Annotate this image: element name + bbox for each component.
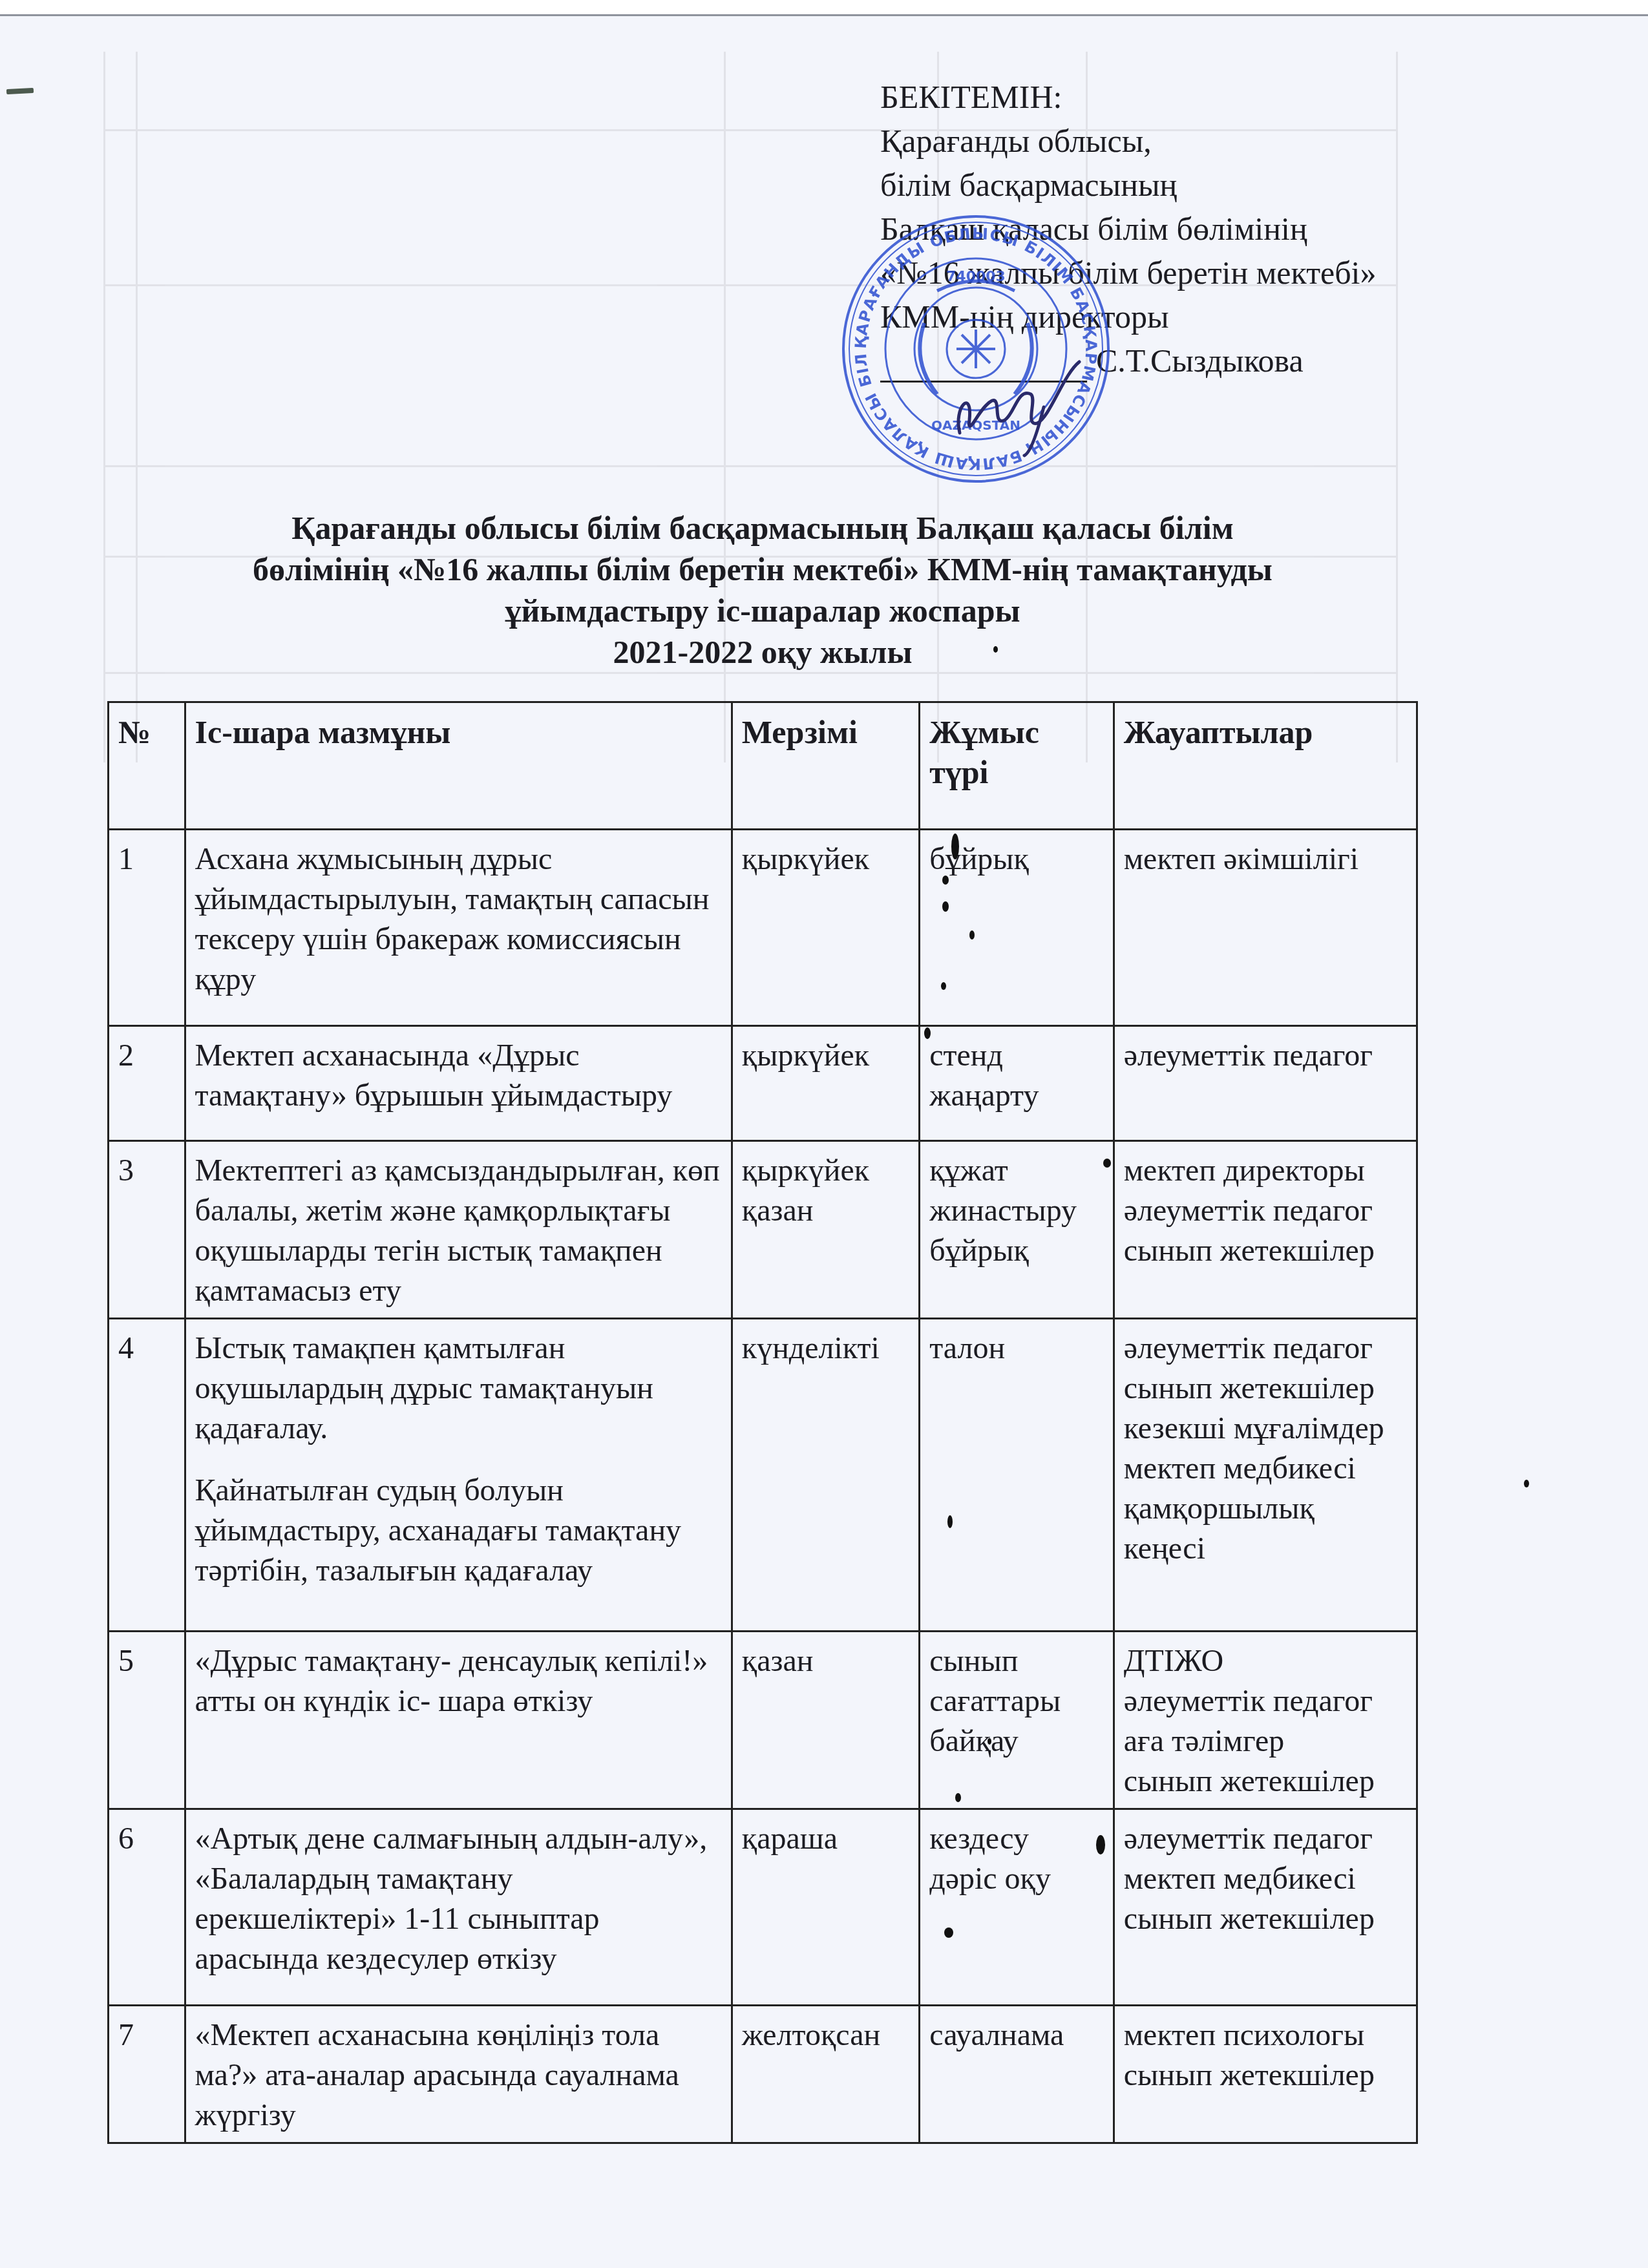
cell-content: «Дұрыс тамақтану- денсаулық кепілі!» атт… — [185, 1632, 732, 1809]
cell-content: «Артық дене салмағының алдын-алу», «Бала… — [185, 1809, 732, 2006]
cell-content-line: Мектеп асханасында «Дұрыс тамақтану» бұр… — [195, 1036, 722, 1116]
ink-speck — [1524, 1480, 1529, 1487]
cell-term: қыркүйекқазан — [732, 1141, 919, 1319]
cell-number: 4 — [109, 1319, 185, 1632]
cell-content-line: Мектептегі аз қамсыздандырылған, көп бал… — [195, 1151, 722, 1311]
cell-responsible: әлеуметтік педагогмектеп медбикесісынып … — [1114, 1809, 1417, 2006]
cell-term-line: қазан — [742, 1641, 909, 1681]
header-work-type: Жұмыс түрі — [920, 702, 1114, 830]
cell-responsible-line: сынып жетекшілер — [1124, 1231, 1407, 1271]
cell-number: 6 — [109, 1809, 185, 2006]
table-row: 3Мектептегі аз қамсыздандырылған, көп ба… — [109, 1141, 1417, 1319]
cell-term: күнделікті — [732, 1319, 919, 1632]
cell-responsible-line: әлеуметтік педагог — [1124, 1681, 1407, 1721]
cell-content: Ыстық тамақпен қамтылған оқушылардың дұр… — [185, 1319, 732, 1632]
header-content: Іс-шара мазмұны — [185, 702, 732, 830]
title-line-year: 2021-2022 оқу жылы — [103, 631, 1422, 673]
signature-icon — [940, 349, 1095, 459]
cell-number: 7 — [109, 2006, 185, 2143]
cell-responsible-line: әлеуметтік педагог — [1124, 1328, 1407, 1369]
cell-content-line: «Дұрыс тамақтану- денсаулық кепілі!» атт… — [195, 1641, 722, 1721]
cell-number: 3 — [109, 1141, 185, 1319]
header-responsible: Жауаптылар — [1114, 702, 1417, 830]
cell-work-type: кездесудәріс оқу — [920, 1809, 1114, 2006]
cell-term-line: қараша — [742, 1819, 909, 1859]
cell-content-line: «Мектеп асханасына көңіліңіз тола ма?» а… — [195, 2015, 722, 2136]
cell-term-line: күнделікті — [742, 1328, 909, 1369]
approval-heading: БЕКІТЕМІН: — [880, 75, 1377, 119]
cell-work-type-line: құжат — [929, 1151, 1103, 1191]
cell-responsible: әлеуметтік педагог — [1114, 1026, 1417, 1141]
cell-responsible-line: кеңесі — [1124, 1529, 1407, 1569]
cell-work-type-line: бұйрық — [929, 1231, 1103, 1271]
table-row: 4Ыстық тамақпен қамтылған оқушылардың дұ… — [109, 1319, 1417, 1632]
table-row: 1Асхана жұмысының дұрыс ұйымдастырылуын,… — [109, 830, 1417, 1026]
cell-number: 5 — [109, 1632, 185, 1809]
cell-responsible: әлеуметтік педагогсынып жетекшілеркезекш… — [1114, 1319, 1417, 1632]
cell-term: қазан — [732, 1632, 919, 1809]
cell-responsible-line: сынып жетекшілер — [1124, 1899, 1407, 1939]
cell-responsible-line: кезекші мұғалімдер — [1124, 1409, 1407, 1449]
cell-responsible-line: мектеп медбикесі — [1124, 1449, 1407, 1489]
table-row: 7«Мектеп асханасына көңіліңіз тола ма?» … — [109, 2006, 1417, 2143]
cell-content: Мектеп асханасында «Дұрыс тамақтану» бұр… — [185, 1026, 732, 1141]
header-term: Мерзімі — [732, 702, 919, 830]
cell-responsible-line: мектеп әкімшілігі — [1124, 839, 1407, 879]
cell-work-type-line: байқау — [929, 1721, 1103, 1761]
cell-content-line: Ыстық тамақпен қамтылған оқушылардың дұр… — [195, 1328, 722, 1449]
cell-responsible-line: ДТІЖО — [1124, 1641, 1407, 1681]
ink-speck — [993, 646, 998, 653]
table-row: 2Мектеп асханасында «Дұрыс тамақтану» бұ… — [109, 1026, 1417, 1141]
cell-work-type: сауалнама — [920, 2006, 1114, 2143]
ink-speck — [1096, 1835, 1105, 1854]
cell-term-line: қазан — [742, 1191, 909, 1231]
cell-number: 1 — [109, 830, 185, 1026]
cell-responsible: мектеп директорыәлеуметтік педагогсынып … — [1114, 1141, 1417, 1319]
title-line: бөлімінің «№16 жалпы білім беретін мекте… — [103, 549, 1422, 590]
scan-top-edge — [0, 0, 1648, 16]
cell-responsible-line: мектеп психологы — [1124, 2015, 1407, 2055]
cell-term-line: қыркүйек — [742, 1036, 909, 1076]
cell-term: қараша — [732, 1809, 919, 2006]
paragraph-gap — [195, 1449, 722, 1471]
ink-speck — [941, 982, 946, 990]
activity-plan-table: № Іс-шара мазмұны Мерзімі Жұмыс түрі Жау… — [107, 701, 1418, 2144]
cell-work-type-line: жинастыру — [929, 1191, 1103, 1231]
cell-responsible-line: әлеуметтік педагог — [1124, 1191, 1407, 1231]
cell-work-type-line: стенд — [929, 1036, 1103, 1076]
cell-responsible-line: мектеп директоры — [1124, 1151, 1407, 1191]
cell-content: Асхана жұмысының дұрыс ұйымдастырылуын, … — [185, 830, 732, 1026]
cell-work-type: бұйрық — [920, 830, 1114, 1026]
ink-speck — [988, 1738, 991, 1745]
ink-speck — [955, 1793, 961, 1802]
cell-work-type-line: сауалнама — [929, 2015, 1103, 2055]
cell-content-line: «Артық дене салмағының алдын-алу», «Бала… — [195, 1819, 722, 1979]
ink-speck — [944, 1927, 953, 1938]
cell-work-type-line: дәріс оқу — [929, 1859, 1103, 1899]
cell-term-line: желтоқсан — [742, 2015, 909, 2055]
table-header-row: № Іс-шара мазмұны Мерзімі Жұмыс түрі Жау… — [109, 702, 1417, 830]
cell-responsible-line: мектеп медбикесі — [1124, 1859, 1407, 1899]
cell-term: қыркүйек — [732, 830, 919, 1026]
cell-term-line: қыркүйек — [742, 1151, 909, 1191]
title-line: Қарағанды облысы білім басқармасының Бал… — [103, 507, 1422, 549]
cell-work-type: сыныпсағаттарыбайқау — [920, 1632, 1114, 1809]
ink-speck — [942, 876, 949, 885]
ink-speck — [947, 1515, 953, 1528]
approval-line: білім басқармасының — [880, 163, 1377, 207]
cell-responsible: мектеп психологысынып жетекшілер — [1114, 2006, 1417, 2143]
ink-speck — [1103, 1159, 1111, 1168]
cell-work-type-line: жаңарту — [929, 1076, 1103, 1116]
cell-work-type-line: кездесу — [929, 1819, 1103, 1859]
document-title: Қарағанды облысы білім басқармасының Бал… — [103, 507, 1422, 673]
ink-speck — [951, 834, 959, 859]
ink-speck — [969, 930, 975, 940]
cell-responsible-line: әлеуметтік педагог — [1124, 1819, 1407, 1859]
cell-term-line: қыркүйек — [742, 839, 909, 879]
cell-responsible-line: аға тәлімгер — [1124, 1721, 1407, 1761]
cell-responsible-line: қамқоршылық — [1124, 1489, 1407, 1529]
cell-work-type: құжатжинастырубұйрық — [920, 1141, 1114, 1319]
header-number: № — [109, 702, 185, 830]
cell-responsible-line: сынып жетекшілер — [1124, 2055, 1407, 2095]
cell-term: қыркүйек — [732, 1026, 919, 1141]
cell-responsible-line: сынып жетекшілер — [1124, 1369, 1407, 1409]
cell-responsible: ДТІЖОәлеуметтік педагогаға тәлімгерсынып… — [1114, 1632, 1417, 1809]
cell-work-type: стенджаңарту — [920, 1026, 1114, 1141]
cell-work-type-line: талон — [929, 1328, 1103, 1369]
table-row: 6«Артық дене салмағының алдын-алу», «Бал… — [109, 1809, 1417, 2006]
title-line: ұйымдастыру іс-шаралар жоспары — [103, 590, 1422, 631]
table-body: 1Асхана жұмысының дұрыс ұйымдастырылуын,… — [109, 830, 1417, 2143]
cell-term: желтоқсан — [732, 2006, 919, 2143]
table-row: 5«Дұрыс тамақтану- денсаулық кепілі!» ат… — [109, 1632, 1417, 1809]
cell-work-type-line: сағаттары — [929, 1681, 1103, 1721]
ink-speck — [942, 901, 949, 912]
cell-responsible-line: сынып жетекшілер — [1124, 1761, 1407, 1801]
approval-line: Қарағанды облысы, — [880, 119, 1377, 163]
signatory-name: С.Т.Сыздыкова — [1096, 342, 1304, 379]
cell-work-type-line: сынып — [929, 1641, 1103, 1681]
cell-work-type: талон — [920, 1319, 1114, 1632]
cell-content: Мектептегі аз қамсыздандырылған, көп бал… — [185, 1141, 732, 1319]
cell-responsible-line: әлеуметтік педагог — [1124, 1036, 1407, 1076]
cell-responsible: мектеп әкімшілігі — [1114, 830, 1417, 1026]
staple-mark — [6, 88, 34, 94]
ink-speck — [924, 1027, 931, 1039]
cell-content-line: Асхана жұмысының дұрыс ұйымдастырылуын, … — [195, 839, 722, 1000]
svg-text:740003: 740003 — [946, 269, 1006, 285]
cell-number: 2 — [109, 1026, 185, 1141]
cell-content: «Мектеп асханасына көңіліңіз тола ма?» а… — [185, 2006, 732, 2143]
cell-content-line: Қайнатылған судың болуын ұйымдастыру, ас… — [195, 1471, 722, 1591]
